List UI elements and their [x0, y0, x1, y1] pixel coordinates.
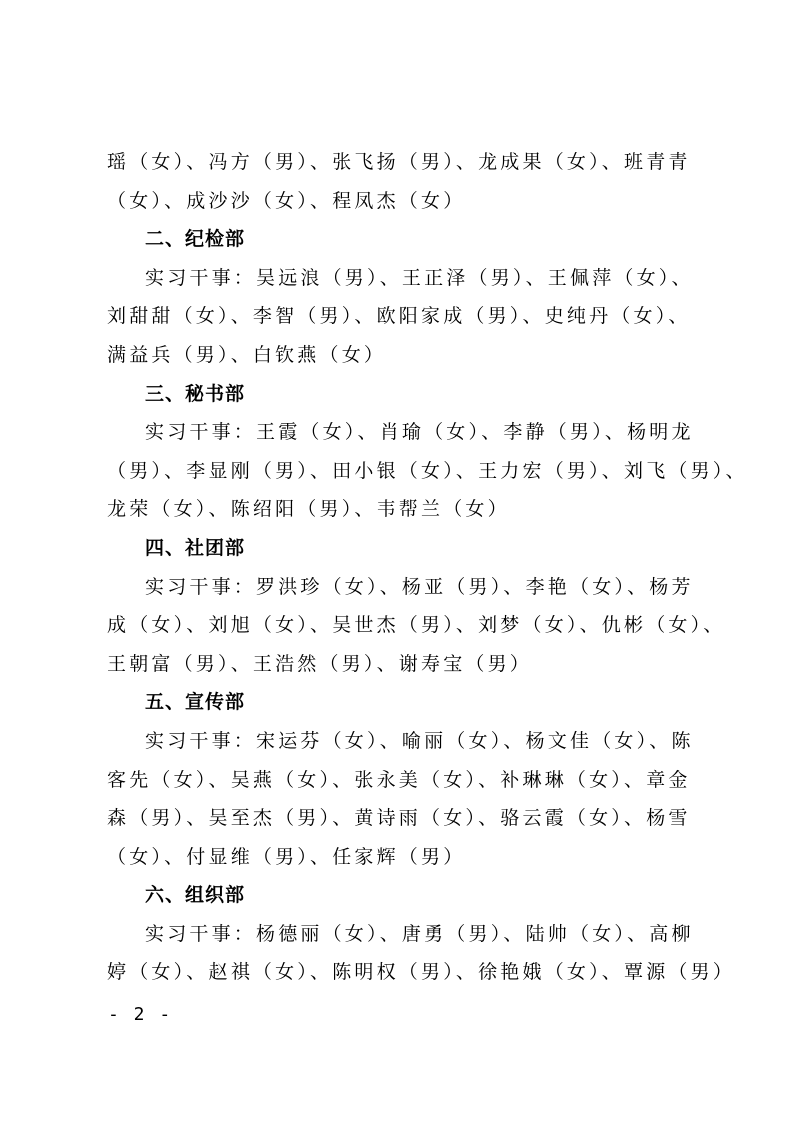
paragraph-line: 实习干事：王霞（女）、肖瑜（女）、李静（男）、杨明龙	[107, 413, 693, 452]
page-number: - 2 -	[108, 1004, 172, 1025]
section-heading-publicity: 五、宣传部	[107, 683, 693, 722]
document-page: 瑶（女）、冯方（男）、张飞扬（男）、龙成果（女）、班青青 （女）、成沙沙（女）、…	[0, 0, 793, 1122]
paragraph-line: 王朝富（男）、王浩然（男）、谢寿宝（男）	[107, 645, 693, 684]
paragraph-line: 满益兵（男）、白钦燕（女）	[107, 336, 693, 375]
paragraph-line: 刘甜甜（女）、李智（男）、欧阳家成（男）、史纯丹（女）、	[107, 297, 693, 336]
section-heading-discipline: 二、纪检部	[107, 220, 693, 259]
section-heading-clubs: 四、社团部	[107, 529, 693, 568]
paragraph-line: 婷（女）、赵祺（女）、陈明权（男）、徐艳娥（女）、覃源（男）	[107, 953, 693, 992]
paragraph-line: 森（男）、吴至杰（男）、黄诗雨（女）、骆云霞（女）、杨雪	[107, 799, 693, 838]
paragraph-line: 客先（女）、吴燕（女）、张永美（女）、补琳琳（女）、章金	[107, 761, 693, 800]
paragraph-line: 实习干事：杨德丽（女）、唐勇（男）、陆帅（女）、高柳	[107, 915, 693, 954]
paragraph-line: 瑶（女）、冯方（男）、张飞扬（男）、龙成果（女）、班青青	[107, 143, 693, 182]
paragraph-line: （女）、付显维（男）、任家辉（男）	[107, 838, 693, 877]
section-heading-organization: 六、组织部	[107, 876, 693, 915]
document-body: 瑶（女）、冯方（男）、张飞扬（男）、龙成果（女）、班青青 （女）、成沙沙（女）、…	[107, 143, 693, 992]
paragraph-line: （女）、成沙沙（女）、程凤杰（女）	[107, 182, 693, 221]
paragraph-line: （男）、李显刚（男）、田小银（女）、王力宏（男）、刘飞（男）、	[107, 452, 693, 491]
paragraph-line: 实习干事：罗洪珍（女）、杨亚（男）、李艳（女）、杨芳	[107, 568, 693, 607]
paragraph-line: 实习干事：宋运芬（女）、喻丽（女）、杨文佳（女）、陈	[107, 722, 693, 761]
paragraph-line: 成（女）、刘旭（女）、吴世杰（男）、刘梦（女）、仇彬（女）、	[107, 606, 693, 645]
section-heading-secretariat: 三、秘书部	[107, 375, 693, 414]
paragraph-line: 龙荣（女）、陈绍阳（男）、韦帮兰（女）	[107, 490, 693, 529]
paragraph-line: 实习干事：吴远浪（男）、王正泽（男）、王佩萍（女）、	[107, 259, 693, 298]
